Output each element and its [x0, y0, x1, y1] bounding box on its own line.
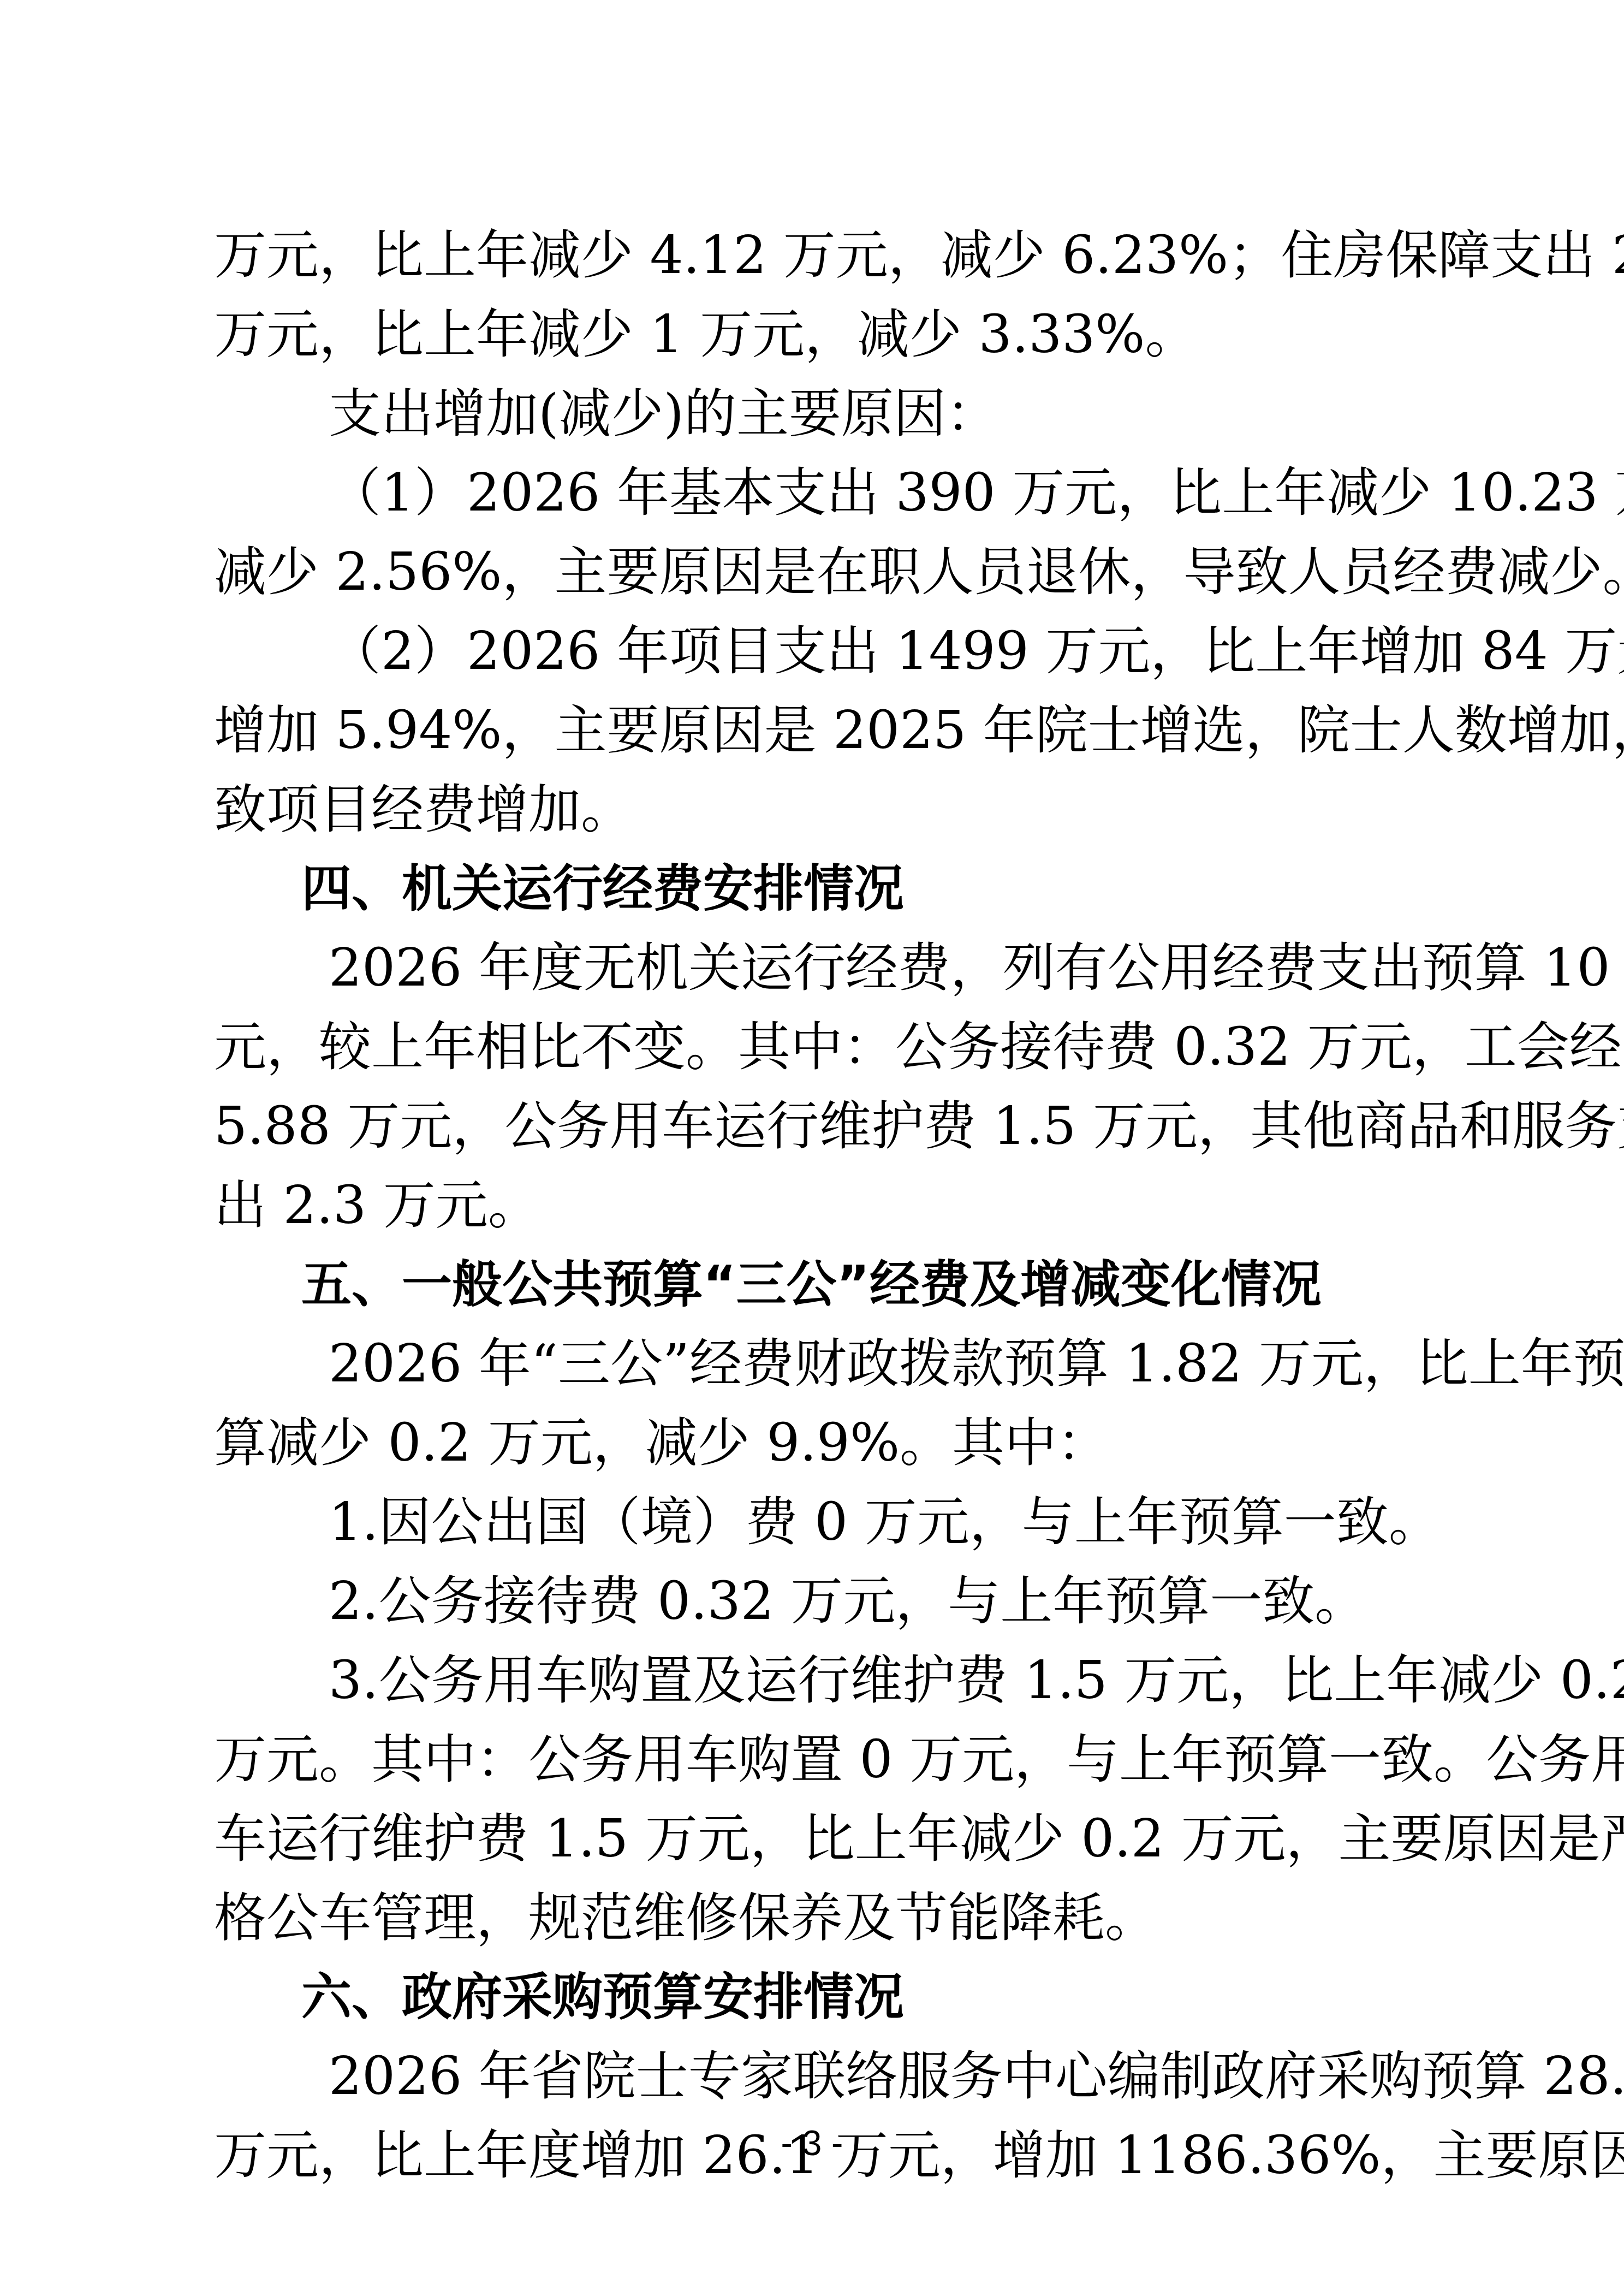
body-line: （2）2026 年项目支出 1499 万元，比上年增加 84 万元，: [214, 612, 1427, 691]
body-line: 减少 2.56%，主要原因是在职人员退休，导致人员经费减少。: [214, 532, 1427, 612]
body-line: 元，较上年相比不变。其中：公务接待费 0.32 万元，工会经费: [214, 1007, 1427, 1087]
list-item-3: 3.公务用车购置及运行维护费 1.5 万元，比上年减少 0.2: [214, 1641, 1427, 1720]
section-heading-5: 五、一般公共预算“三公”经费及增减变化情况: [214, 1245, 1427, 1324]
body-line: 格公车管理，规范维修保养及节能降耗。: [214, 1878, 1427, 1957]
body-line: 万元，比上年减少 1 万元，减少 3.33%。: [214, 295, 1427, 374]
body-line: 致项目经费增加。: [214, 770, 1427, 849]
body-line: 支出增加(减少)的主要原因：: [214, 374, 1427, 453]
list-item-1: 1.因公出国（境）费 0 万元，与上年预算一致。: [214, 1482, 1427, 1562]
document-body: 万元，比上年减少 4.12 万元，减少 6.23%；住房保障支出 29 万元，比…: [214, 216, 1427, 2195]
body-line: 5.88 万元，公务用车运行维护费 1.5 万元，其他商品和服务支: [214, 1087, 1427, 1166]
body-line: 算减少 0.2 万元，减少 9.9%。其中：: [214, 1403, 1427, 1482]
body-line: 2026 年“三公”经费财政拨款预算 1.82 万元，比上年预: [214, 1324, 1427, 1403]
body-line: 增加 5.94%，主要原因是 2025 年院士增选，院士人数增加，导: [214, 691, 1427, 770]
body-line: 2026 年度无机关运行经费，列有公用经费支出预算 10 万: [214, 928, 1427, 1007]
body-line: 万元，比上年减少 4.12 万元，减少 6.23%；住房保障支出 29: [214, 216, 1427, 295]
body-line: 2026 年省院士专家联络服务中心编制政府采购预算 28.3: [214, 2037, 1427, 2116]
body-line: 万元。其中：公务用车购置 0 万元，与上年预算一致。公务用: [214, 1720, 1427, 1799]
section-heading-6: 六、政府采购预算安排情况: [214, 1957, 1427, 2037]
section-heading-4: 四、机关运行经费安排情况: [214, 849, 1427, 928]
page-number: - 3 -: [0, 2119, 1624, 2168]
body-line: 车运行维护费 1.5 万元，比上年减少 0.2 万元，主要原因是严: [214, 1799, 1427, 1878]
body-line: 出 2.3 万元。: [214, 1166, 1427, 1245]
body-line: （1）2026 年基本支出 390 万元，比上年减少 10.23 万元，: [214, 453, 1427, 532]
list-item-2: 2.公务接待费 0.32 万元，与上年预算一致。: [214, 1562, 1427, 1641]
